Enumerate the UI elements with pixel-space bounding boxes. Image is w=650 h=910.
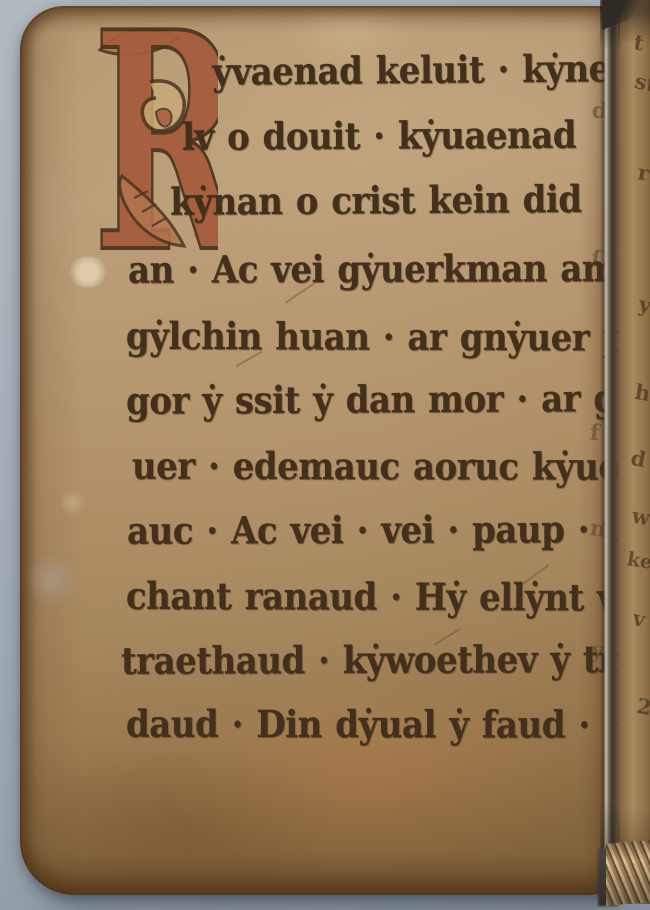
light-stain	[70, 256, 106, 288]
manuscript-photo-scene: R ẏvaenad keluit · kẏne lv o douit · kẏu…	[0, 0, 650, 910]
edge-text-fragment: v	[631, 605, 648, 632]
manuscript-line: chant ranaud · Hẏ ellẏnt ve	[126, 578, 638, 617]
parchment-page: R ẏvaenad keluit · kẏne lv o douit · kẏu…	[20, 6, 610, 895]
facing-page-edge: t st r y h d w ke v 2	[618, 0, 650, 904]
manuscript-line: gor ẏ ssit ẏ dan mor · ar gnẏ	[126, 380, 650, 420]
manuscript-line: uer · edemauc aoruc kẏuoeth	[132, 448, 650, 486]
manuscript-line: traethaud · kẏwoethev ẏ trin	[121, 641, 650, 680]
manuscript-line: ẏvaenad keluit · kẏne	[212, 51, 610, 92]
manuscript-line: daud · Din dẏual ẏ faud · Hẏ	[126, 706, 650, 744]
manuscript-line: auc · Ac vei · vei · paup · tri trẏ	[127, 511, 650, 550]
edge-text-fragment: w	[630, 503, 650, 531]
edge-text-fragment: d	[629, 445, 648, 472]
manuscript-line: an · Ac vei gẏuerkman am · ẏ ·	[128, 250, 650, 289]
bleed-text-fragment: f	[589, 420, 600, 447]
edge-text-fragment: r	[636, 159, 650, 185]
light-stain	[58, 490, 86, 514]
edge-text-fragment: h	[633, 379, 650, 406]
manuscript-line: kẏnan o crist kein did	[170, 181, 582, 221]
book-gutter	[600, 0, 620, 892]
edge-text-fragment: st	[633, 68, 650, 97]
edge-text-fragment: t	[632, 29, 646, 55]
manuscript-line: lv o douit · kẏuaenad	[182, 117, 576, 156]
worn-gray-patch	[28, 552, 76, 608]
edge-text-fragment: y	[637, 291, 650, 318]
edge-text-fragment: 2	[635, 693, 650, 720]
edge-text-fragment: ke	[625, 548, 650, 574]
stacked-leaves-fore-edge	[606, 840, 650, 906]
manuscript-line: gẏlchin huan · ar gnẏuer pe	[126, 318, 647, 357]
